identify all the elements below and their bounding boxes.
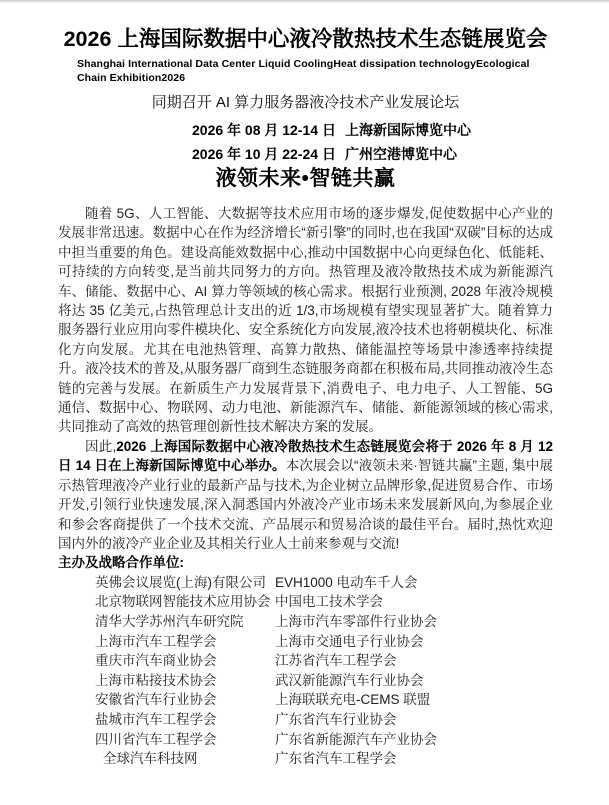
hosts-row: 清华大学苏州汽车研究院 上海市汽车零部件行业协会: [95, 612, 553, 632]
host-organizer: 四川省汽车工程学会: [95, 730, 275, 750]
hosts-row: 上海市汽车工程学会 上海市交通电子行业协会: [95, 632, 553, 652]
host-organizer: 盐城市汽车工程学会: [95, 710, 275, 730]
host-organizer: 安徽省汽车行业协会: [95, 690, 275, 710]
hosts-row: 北京物联网智能技术应用协会 中国电工技术学会: [95, 592, 553, 612]
hosts-row: 上海市粘接技术协会 武汉新能源汽车行业协会: [95, 671, 553, 691]
host-partner: 中国电工技术学会: [275, 592, 553, 612]
intro-paragraph-1: 随着 5G、人工智能、大数据等技术应用市场的逐步爆发,促使数据中心产业的发展非常…: [58, 204, 553, 437]
host-organizer: 上海市汽车工程学会: [95, 632, 275, 652]
hosts-row: 盐城市汽车工程学会 广东省汽车行业协会: [95, 710, 553, 730]
host-organizer: 上海市粘接技术协会: [95, 671, 275, 691]
host-partner: EVH1000 电动车千人会: [275, 573, 553, 593]
document-page: 2026 上海国际数据中心液冷散热技术生态链展览会 Shanghai Inter…: [0, 4, 609, 769]
hosts-row: 重庆市汽车商业协会 江苏省汽车工程学会: [95, 651, 553, 671]
host-partner: 上海市交通电子行业协会: [275, 632, 553, 652]
hosts-row: 全球汽车科技网 广东省汽车工程学会: [95, 749, 553, 769]
host-organizer: 全球汽车科技网: [95, 749, 275, 769]
doc-title: 2026 上海国际数据中心液冷散热技术生态链展览会: [58, 26, 553, 52]
schedule-block: 2026 年 08 月 12-14 日 上海新国际博览中心 2026 年 10 …: [58, 118, 553, 166]
hosts-row: 安徽省汽车行业协会 上海联联充电-CEMS 联盟: [95, 690, 553, 710]
para2-lead: 因此,: [85, 439, 116, 454]
host-partner: 武汉新能源汽车行业协会: [275, 671, 553, 691]
host-organizer: 北京物联网智能技术应用协会: [95, 592, 275, 612]
host-partner: 上海联联充电-CEMS 联盟: [275, 690, 553, 710]
schedule-row: 2026 年 08 月 12-14 日 上海新国际博览中心: [192, 118, 553, 142]
host-partner: 上海市汽车零部件行业协会: [275, 612, 553, 632]
hosts-table: 英佛会议展览(上海)有限公司 EVH1000 电动车千人会 北京物联网智能技术应…: [58, 573, 553, 769]
slogan: 液领未来•智链共赢: [58, 166, 553, 192]
forum-session-line: 同期召开 AI 算力服务器液冷技术产业发展论坛: [58, 94, 553, 112]
schedule-row: 2026 年 10 月 22-24 日 广州空港博览中心: [192, 142, 553, 166]
host-partner: 广东省新能源汽车产业协会: [275, 730, 553, 750]
schedule-venue: 上海新国际博览中心: [345, 118, 553, 142]
host-organizer: 清华大学苏州汽车研究院: [95, 612, 275, 632]
doc-subtitle-en: Shanghai International Data Center Liqui…: [77, 57, 553, 85]
schedule-date: 2026 年 08 月 12-14 日: [192, 118, 345, 142]
host-organizer: 英佛会议展览(上海)有限公司: [95, 573, 275, 593]
host-partner: 广东省汽车行业协会: [275, 710, 553, 730]
host-organizer: 重庆市汽车商业协会: [95, 651, 275, 671]
intro-paragraph-2: 因此,2026 上海国际数据中心液冷散热技术生态链展览会将于 2026 年 8 …: [58, 437, 553, 553]
hosts-row: 英佛会议展览(上海)有限公司 EVH1000 电动车千人会: [95, 573, 553, 593]
hosts-row: 四川省汽车工程学会 广东省新能源汽车产业协会: [95, 730, 553, 750]
hosts-heading: 主办及战略合作单位:: [58, 553, 553, 573]
schedule-date: 2026 年 10 月 22-24 日: [192, 142, 345, 166]
host-partner: 江苏省汽车工程学会: [275, 651, 553, 671]
host-partner: 广东省汽车工程学会: [275, 749, 553, 769]
schedule-venue: 广州空港博览中心: [345, 142, 553, 166]
